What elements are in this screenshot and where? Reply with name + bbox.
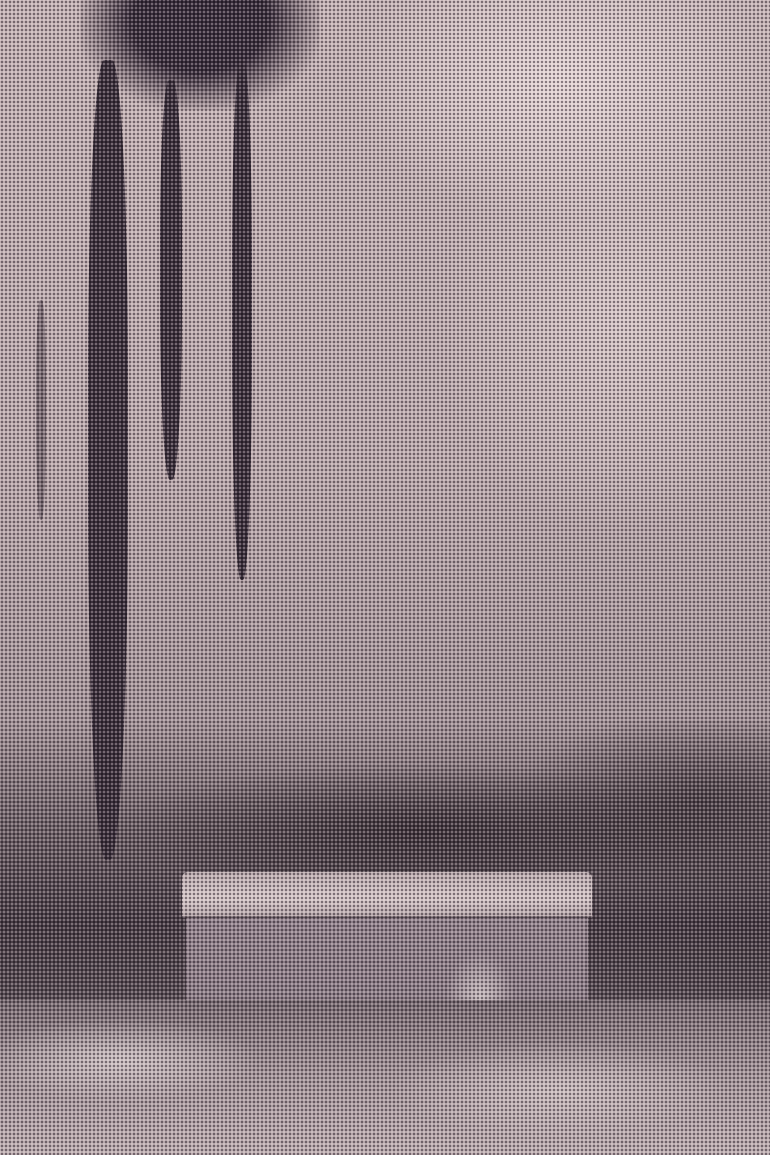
halftone-highlights xyxy=(0,0,770,1155)
halftone-photograph xyxy=(0,0,770,1155)
